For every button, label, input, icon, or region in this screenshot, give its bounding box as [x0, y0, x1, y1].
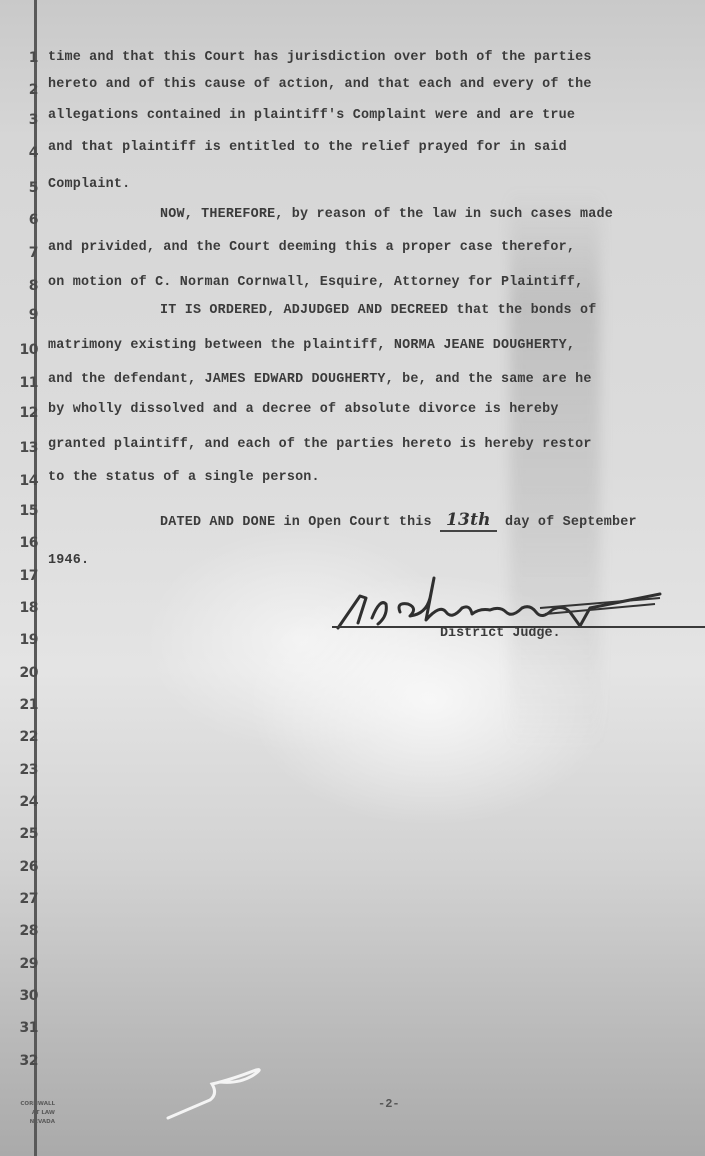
line-number: 2 [0, 82, 38, 98]
line-number: 21 [0, 697, 38, 713]
line-number: 19 [0, 632, 38, 648]
line-number: 16 [0, 535, 38, 551]
body-line-2: hereto and of this cause of action, and … [48, 77, 592, 92]
document-page: 1234567891011121314151617181920212223242… [0, 0, 705, 1156]
line-number: 20 [0, 665, 38, 681]
body-line-11: and the defendant, JAMES EDWARD DOUGHERT… [48, 372, 592, 387]
line-number: 18 [0, 600, 38, 616]
stamp-line-2: AT LAW [0, 1109, 55, 1118]
line-number: 13 [0, 440, 38, 456]
body-line-6: NOW, THEREFORE, by reason of the law in … [160, 207, 613, 222]
body-line-1: time and that this Court has jurisdictio… [48, 50, 592, 65]
line-number: 23 [0, 762, 38, 778]
body-line-9: IT IS ORDERED, ADJUDGED AND DECREED that… [160, 303, 597, 318]
line-number: 4 [0, 145, 38, 161]
line-number: 3 [0, 112, 38, 128]
body-line-3: allegations contained in plaintiff's Com… [48, 108, 575, 123]
line-number: 15 [0, 503, 38, 519]
line-number: 24 [0, 794, 38, 810]
dated-year: 1946. [48, 553, 89, 568]
line-number: 10 [0, 342, 38, 358]
body-line-7: and privided, and the Court deeming this… [48, 240, 575, 255]
line-number: 26 [0, 859, 38, 875]
line-number: 8 [0, 278, 38, 294]
body-line-10: matrimony existing between the plaintiff… [48, 338, 575, 353]
line-number: 27 [0, 891, 38, 907]
line-number: 29 [0, 956, 38, 972]
line-number: 1 [0, 50, 38, 66]
line-number: 28 [0, 923, 38, 939]
body-line-13: granted plaintiff, and each of the parti… [48, 437, 592, 452]
line-number: 9 [0, 307, 38, 323]
stamp-line-3: NEVADA [0, 1118, 55, 1127]
body-line-12: by wholly dissolved and a decree of abso… [48, 402, 559, 417]
line-number: 11 [0, 375, 38, 391]
stamp-line-1: CORNWALL [0, 1100, 55, 1109]
body-line-4: and that plaintiff is entitled to the re… [48, 140, 567, 155]
dated-prefix: DATED AND DONE in Open Court this [160, 515, 432, 530]
line-number: 25 [0, 826, 38, 842]
line-number: 7 [0, 245, 38, 261]
line-number: 17 [0, 568, 38, 584]
body-line-5: Complaint. [48, 177, 130, 192]
handwritten-day: 13th [440, 510, 497, 532]
page-number: -2- [378, 1097, 400, 1111]
dated-line: DATED AND DONE in Open Court this 13th d… [160, 510, 637, 530]
line-number: 31 [0, 1020, 38, 1036]
line-number: 32 [0, 1053, 38, 1069]
body-line-8: on motion of C. Norman Cornwall, Esquire… [48, 275, 583, 290]
line-number: 30 [0, 988, 38, 1004]
paper-scratch-mark [160, 1060, 270, 1130]
body-line-14: to the status of a single person. [48, 470, 320, 485]
dated-suffix: day of September [505, 515, 637, 530]
line-number: 14 [0, 473, 38, 489]
ink-smudge [510, 190, 600, 750]
line-number: 6 [0, 212, 38, 228]
line-number: 5 [0, 180, 38, 196]
line-number: 22 [0, 729, 38, 745]
line-number: 12 [0, 405, 38, 421]
attorney-footer-stamp: CORNWALL AT LAW NEVADA [0, 1100, 55, 1127]
signer-title: District Judge. [440, 626, 561, 641]
